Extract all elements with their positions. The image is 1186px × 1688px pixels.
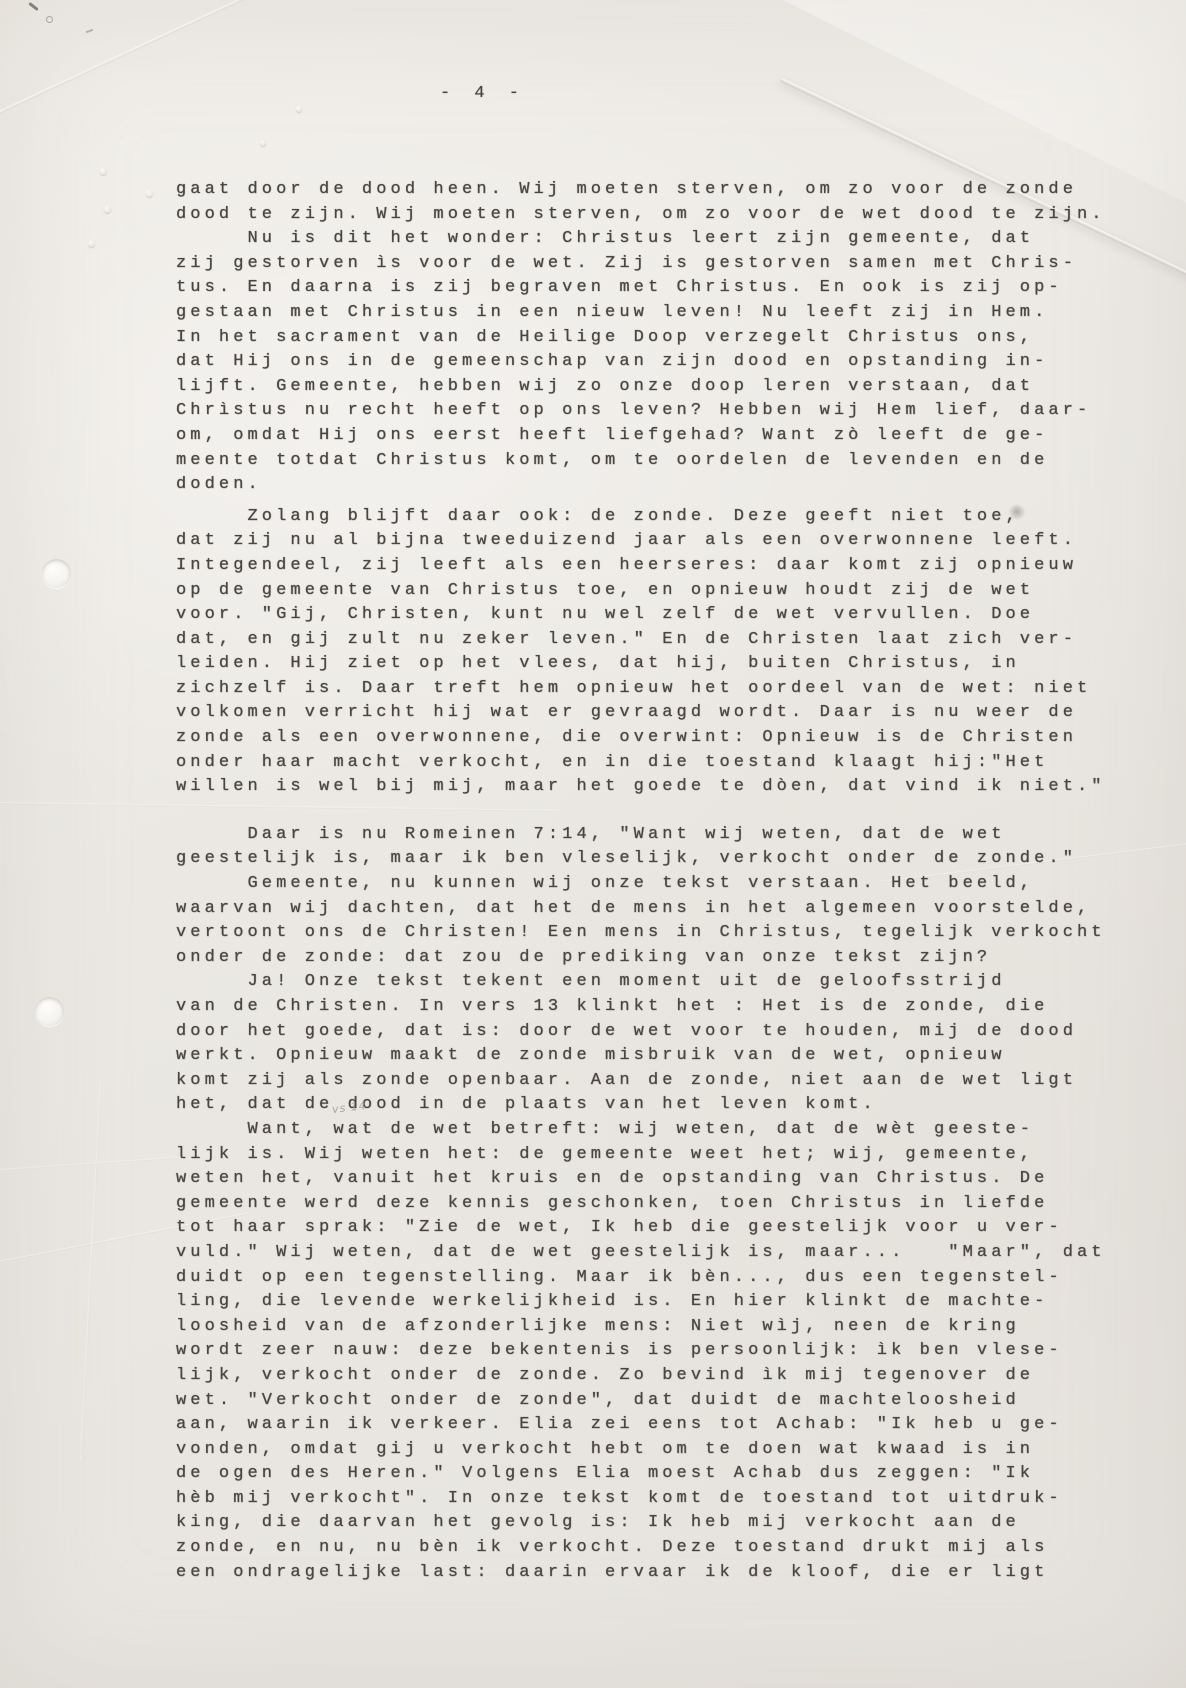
staple-dent xyxy=(100,168,107,175)
paper-crease-left-vertical xyxy=(80,1080,102,1460)
body-paragraph-2: Zolang blijft daar ook: de zonde. Deze g… xyxy=(176,505,1156,800)
page-number: - 4 - xyxy=(440,84,526,103)
staple-dent xyxy=(104,206,111,213)
staple-dent xyxy=(146,190,153,197)
punch-hole xyxy=(35,997,64,1026)
paper-speck xyxy=(86,29,93,33)
paper-crease-top-left xyxy=(0,0,261,119)
body-paragraph-3: Daar is nu Romeinen 7:14, "Want wij wete… xyxy=(176,823,1156,1585)
document-body: gaat door de dood heen. Wij moeten sterv… xyxy=(176,178,1156,1585)
body-paragraph-1: gaat door de dood heen. Wij moeten sterv… xyxy=(176,178,1156,498)
paper-crease-bottom-left-2 xyxy=(0,1156,182,1171)
punch-hole xyxy=(42,559,71,588)
ink-smudge xyxy=(1008,505,1026,520)
paper-speck xyxy=(46,16,53,23)
paper-speck xyxy=(28,2,39,11)
scanned-page: - 4 - gaat door de dood heen. Wij moeten… xyxy=(0,0,1186,1688)
staple-dent xyxy=(88,240,95,247)
staple-dent xyxy=(260,140,266,146)
staple-dent xyxy=(296,106,302,112)
